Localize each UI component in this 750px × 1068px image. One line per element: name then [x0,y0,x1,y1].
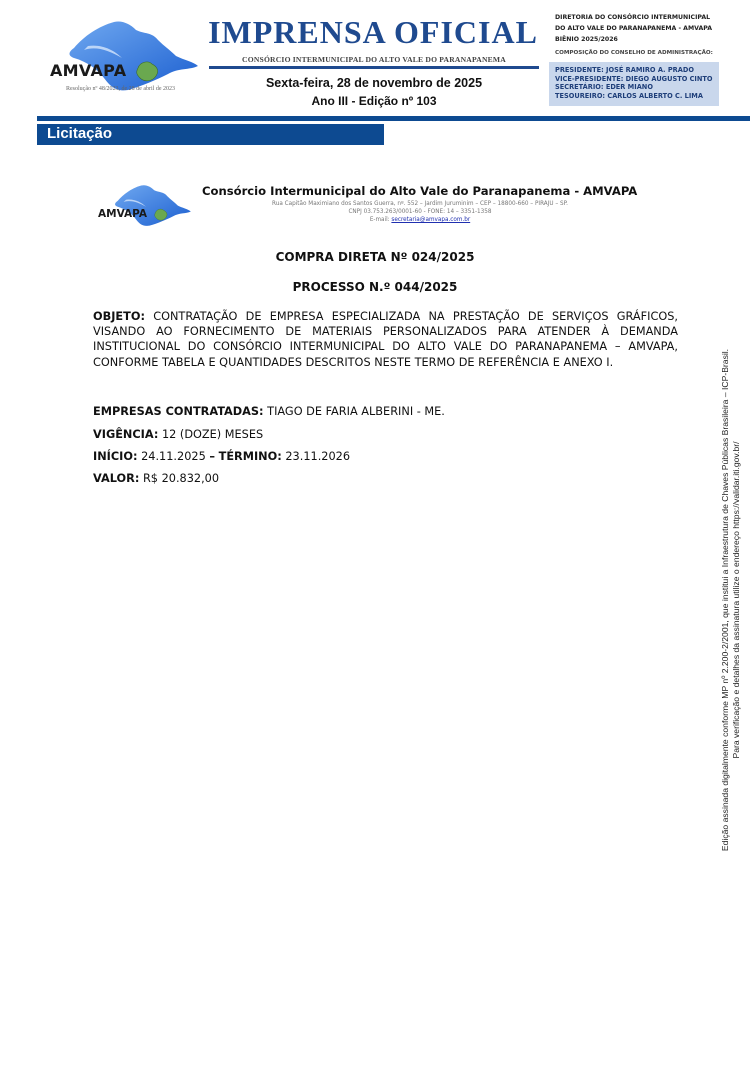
empresas-value: TIAGO DE FARIA ALBERINI - ME. [267,405,445,418]
logo-text: AMVAPA [50,61,126,80]
publication-title: IMPRENSA OFICIAL [208,14,538,51]
objeto-paragraph: OBJETO: CONTRATAÇÃO DE EMPRESA ESPECIALI… [93,309,678,370]
valor-value: R$ 20.832,00 [143,472,219,485]
organization-contact: Rua Capitão Maximiano dos Santos Guerra,… [200,200,640,224]
organization-name: Consórcio Intermunicipal do Alto Vale do… [202,184,637,198]
council-member: VICE-PRESIDENTE: DIEGO AUGUSTO CINTO [555,75,719,84]
board-line: DO ALTO VALE DO PARANAPANEMA - AMVAPA [555,23,745,34]
email-label: E-mail: [370,217,392,223]
header-divider [37,116,750,121]
compra-direta-heading: COMPRA DIRETA Nº 024/2025 [0,250,750,264]
council-members: PRESIDENTE: JOSÉ RAMIRO A. PRADO VICE-PR… [549,62,719,106]
objeto-text: CONTRATAÇÃO DE EMPRESA ESPECIALIZADA NA … [93,310,678,369]
publication-date: Sexta-feira, 28 de novembro de 2025 [208,76,540,90]
email-link[interactable]: secretaria@amvapa.com.br [391,217,470,223]
termino-separator: – [209,450,215,463]
email-line: E-mail: secretaria@amvapa.com.br [200,216,640,224]
signature-verify-line: Para verificação e detalhes da assinatur… [731,320,742,880]
council-label: COMPOSIÇÃO DO CONSELHO DE ADMINISTRAÇÃO: [555,50,713,56]
inicio-label: INÍCIO: [93,450,137,463]
empresas-label: EMPRESAS CONTRATADAS: [93,405,264,418]
board-line: BIÊNIO 2025/2026 [555,34,745,45]
sao-paulo-map-icon [44,16,200,94]
title-divider [209,66,539,69]
objeto-label: OBJETO: [93,310,145,323]
vigencia-field: VIGÊNCIA: 12 (DOZE) MESES [93,428,263,441]
address: Rua Capitão Maximiano dos Santos Guerra,… [200,200,640,208]
valor-label: VALOR: [93,472,139,485]
termino-value: 23.11.2026 [285,450,350,463]
section-title: Licitação [47,125,112,142]
publication-subtitle: CONSÓRCIO INTERMUNICIPAL DO ALTO VALE DO… [208,55,540,64]
empresas-field: EMPRESAS CONTRATADAS: TIAGO DE FARIA ALB… [93,405,445,418]
section-header: Licitação [37,124,384,145]
processo-heading: PROCESSO N.º 044/2025 [0,280,750,294]
council-member: PRESIDENTE: JOSÉ RAMIRO A. PRADO [555,66,719,75]
logo-text: AMVAPA [98,208,147,220]
vigencia-label: VIGÊNCIA: [93,428,158,441]
inicio-value: 24.11.2025 [141,450,206,463]
periodo-field: INÍCIO: 24.11.2025 – TÉRMINO: 23.11.2026 [93,450,350,463]
valor-field: VALOR: R$ 20.832,00 [93,472,219,485]
letterhead-logo: AMVAPA [96,182,196,228]
digital-signature-notice: Edição assinada digitalmente conforme MP… [720,320,741,880]
resolution-note: Resolução nº 48/2023, de 28 de abril de … [66,86,175,92]
council-member: SECRETÁRIO: EDER MIANO [555,83,719,92]
signature-line: Edição assinada digitalmente conforme MP… [720,320,731,880]
sao-paulo-map-icon [96,182,196,228]
board-info: DIRETORIA DO CONSÓRCIO INTERMUNICIPAL DO… [555,12,745,45]
amvapa-logo: AMVAPA [44,16,200,94]
council-member: TESOUREIRO: CARLOS ALBERTO C. LIMA [555,92,719,101]
vigencia-value: 12 (DOZE) MESES [162,428,263,441]
edition-number: Ano III - Edição nº 103 [208,94,540,108]
cnpj-phone: CNPJ 03.753.263/0001-60 - FONE: 14 – 335… [200,208,640,216]
termino-label: TÉRMINO: [219,450,282,463]
board-line: DIRETORIA DO CONSÓRCIO INTERMUNICIPAL [555,12,745,23]
